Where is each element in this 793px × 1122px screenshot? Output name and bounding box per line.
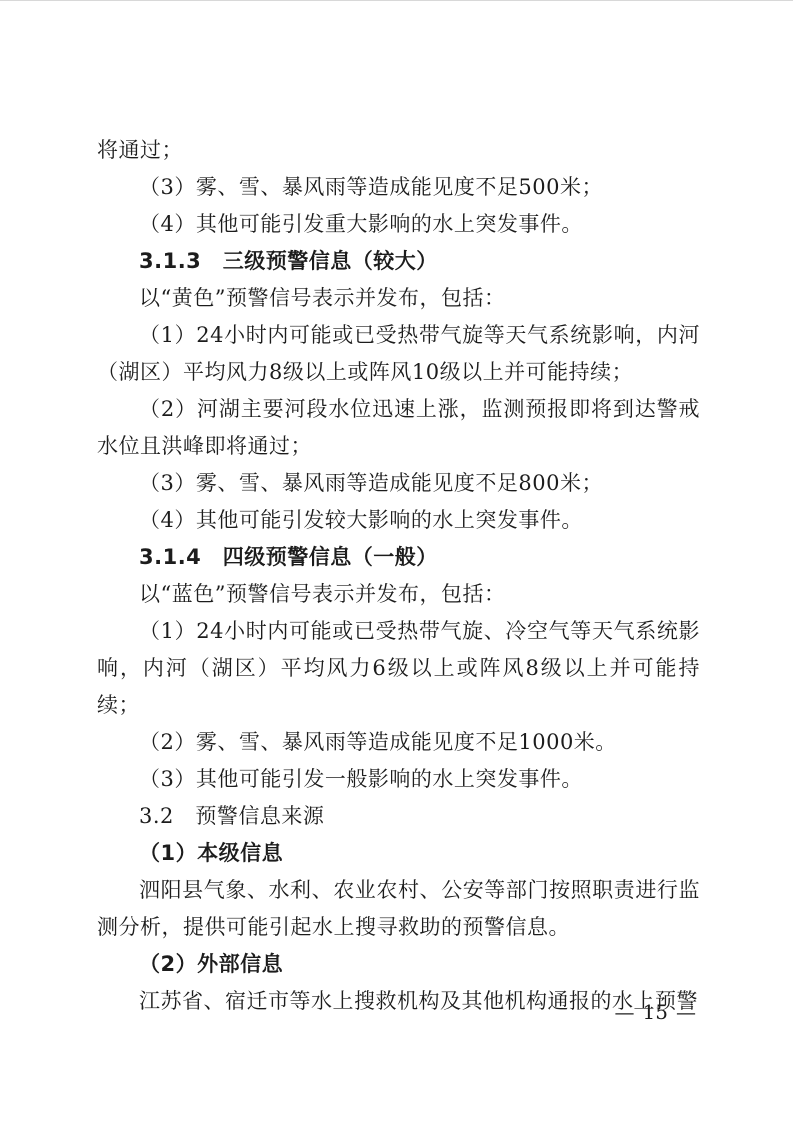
page-number: 15 [639,1000,672,1024]
paragraph: （3）其他可能引发一般影响的水上突发事件。 [97,761,700,798]
paragraph: （2）河湖主要河段水位迅速上涨，监测预报即将到达警戒水位且洪峰即将通过； [97,391,700,465]
paragraph: （4）其他可能引发重大影响的水上突发事件。 [97,206,700,243]
heading: （2）外部信息 [97,946,700,983]
paragraph: （3）雾、雪、暴风雨等造成能见度不足800米； [97,465,700,502]
paragraph: （1）24小时内可能或已受热带气旋等天气系统影响，内河（湖区）平均风力8级以上或… [97,317,700,391]
paragraph: （1）24小时内可能或已受热带气旋、冷空气等天气系统影响，内河（湖区）平均风力6… [97,613,700,724]
footer-left-dash: — [611,1000,639,1024]
paragraph: 以“蓝色”预警信号表示并发布，包括： [97,576,700,613]
document-body: 将通过；（3）雾、雪、暴风雨等造成能见度不足500米；（4）其他可能引发重大影响… [97,132,700,1020]
paragraph: （4）其他可能引发较大影响的水上突发事件。 [97,502,700,539]
footer-right-dash: — [672,1000,700,1024]
paragraph: 以“黄色”预警信号表示并发布，包括： [97,280,700,317]
heading: 3.1.4 四级预警信息（一般） [97,539,700,576]
heading: （1）本级信息 [97,835,700,872]
paragraph: （2）雾、雪、暴风雨等造成能见度不足1000米。 [97,724,700,761]
heading: 3.2 预警信息来源 [97,798,700,835]
paragraph: 泗阳县气象、水利、农业农村、公安等部门按照职责进行监测分析，提供可能引起水上搜寻… [97,872,700,946]
paragraph: 江苏省、宿迁市等水上搜救机构及其他机构通报的水上预警 [97,983,700,1020]
heading: 3.1.3 三级预警信息（较大） [97,243,700,280]
paragraph: （3）雾、雪、暴风雨等造成能见度不足500米； [97,169,700,206]
paragraph: 将通过； [97,132,700,169]
page-footer: —15— [611,997,700,1027]
document-page: 将通过；（3）雾、雪、暴风雨等造成能见度不足500米；（4）其他可能引发重大影响… [0,0,793,1122]
